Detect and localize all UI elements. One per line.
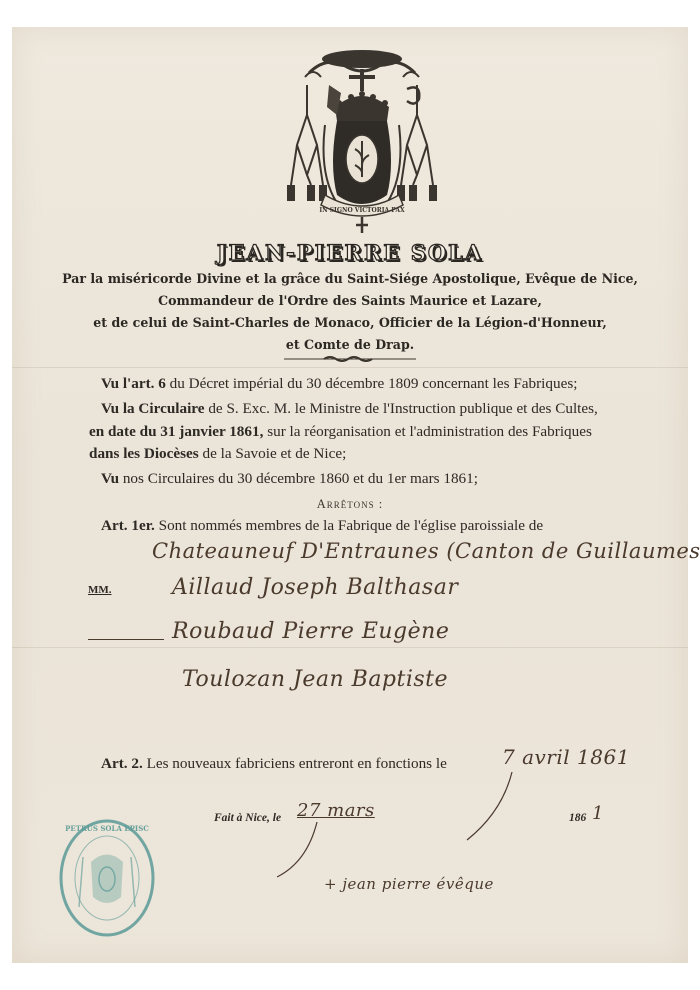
printed-year: 186: [569, 812, 586, 824]
member-name-handwritten: Aillaud Joseph Balthasar: [172, 575, 458, 600]
preamble-text: sur la réorganisation et l'administratio…: [263, 423, 592, 440]
preamble-text: de la Savoie et de Nice;: [199, 445, 347, 462]
title-line: Par la miséricorde Divine et la grâce du…: [12, 268, 688, 290]
article-text: Sont nommés membres de la Fabrique de l'…: [155, 517, 543, 534]
arretons-heading: Arrêtons :: [12, 497, 688, 512]
document-sheet: IN SIGNO VICTORIA PAX JEAN-PIERRE SOLA P…: [12, 27, 688, 963]
preamble-text: nos Circulaires du 30 décembre 1860 et d…: [119, 470, 478, 487]
article-lead: Art. 1er.: [101, 517, 155, 534]
year-digit-handwritten: 1: [592, 803, 604, 824]
place-label: Fait à Nice, le: [214, 812, 281, 824]
member-name-handwritten: Roubaud Pierre Eugène: [172, 619, 449, 644]
mm-label: MM.: [88, 584, 112, 596]
preamble-lead: Vu l'art. 6: [101, 375, 166, 392]
parish-handwritten: Chateauneuf D'Entraunes (Canton de Guill…: [152, 539, 700, 563]
article-text: Les nouveaux fabriciens entreront en fon…: [143, 755, 447, 772]
handwritten-flourish-icon: [277, 822, 327, 882]
preamble-lead: Vu: [101, 470, 119, 487]
handwritten-flourish-icon: [462, 772, 522, 842]
preamble-lead: Vu la Circulaire: [101, 400, 205, 417]
bishop-name-heading: JEAN-PIERRE SOLA: [12, 240, 688, 265]
member-name-handwritten: Toulozan Jean Baptiste: [182, 667, 448, 692]
bishop-titles: Par la miséricorde Divine et la grâce du…: [12, 268, 688, 356]
ornamental-divider-icon: [284, 355, 416, 363]
title-line: Commandeur de l'Ordre des Saints Maurice…: [12, 290, 688, 312]
preamble-lead: en date du 31 janvier 1861,: [89, 423, 263, 440]
preamble-text: du Décret impérial du 30 décembre 1809 c…: [166, 375, 578, 392]
svg-text:PETRUS SOLA EPISC: PETRUS SOLA EPISC: [65, 824, 149, 833]
signing-date-handwritten: 27 mars: [297, 800, 375, 821]
title-line: et de celui de Saint-Charles de Monaco, …: [12, 312, 688, 334]
preamble-text: de S. Exc. M. le Ministre de l'Instructi…: [205, 400, 598, 417]
article-lead: Art. 2.: [101, 755, 143, 772]
bishop-signature: + jean pierre évêque: [324, 875, 494, 893]
svg-text:IN SIGNO VICTORIA PAX: IN SIGNO VICTORIA PAX: [319, 207, 405, 214]
preamble-lead: dans les Diocèses: [89, 445, 199, 462]
start-date-handwritten: 7 avril 1861: [502, 745, 630, 769]
handwritten-dash: [88, 639, 164, 640]
title-line: et Comte de Drap.: [12, 334, 688, 356]
episcopal-coat-of-arms-icon: IN SIGNO VICTORIA PAX: [267, 45, 457, 235]
diocesan-seal-stamp-icon: PETRUS SOLA EPISC: [57, 817, 157, 939]
